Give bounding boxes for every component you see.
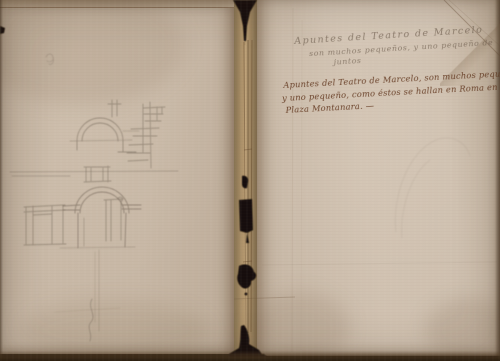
scan-left-edge bbox=[0, 0, 3, 361]
left-page-top-edge bbox=[0, 0, 240, 8]
scan-bottom-edge bbox=[0, 351, 500, 361]
binding-gutter bbox=[234, 0, 257, 361]
scanned-sketchbook-spread: Apuntes del Teatro de Marcelo son muchos… bbox=[0, 0, 500, 361]
left-page bbox=[0, 7, 234, 354]
